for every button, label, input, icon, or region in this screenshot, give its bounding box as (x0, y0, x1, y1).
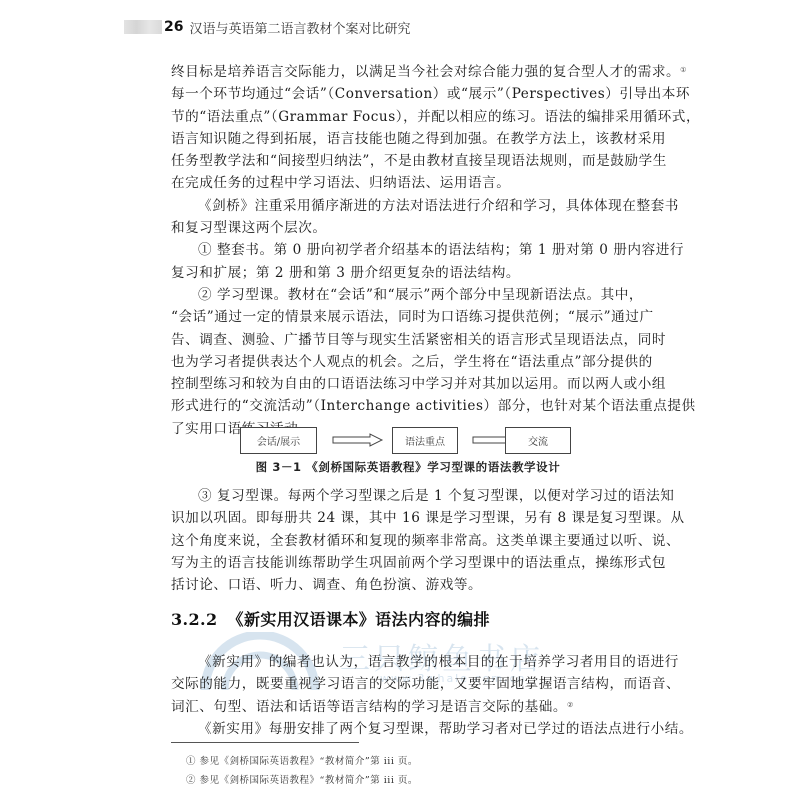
text-line: 告、调查、测验、广播节目等与现实生活紧密相关的语言形式呈现语法点，同时 (171, 329, 645, 351)
text-line: 也为学习者提供表达个人观点的机会。之后，学生将在“语法重点”部分提供的 (171, 351, 645, 373)
diagram-box-grammar-focus: 语法重点 (392, 427, 458, 454)
figure-3-1-diagram: 会话/展示 语法重点 交流 (240, 423, 570, 457)
figure-caption: 图 3－1 《剑桥国际英语教程》学习型课的语法教学设计 (228, 459, 588, 475)
footnote-divider (171, 742, 359, 743)
book-title: 汉语与英语第二语言教材个案对比研究 (189, 18, 410, 37)
page-number: 26 (164, 19, 183, 35)
text-line: 语言知识随之得到拓展，语言技能也随之得到加强。在教学方法上，该教材采用 (171, 128, 645, 150)
text-line: 在完成任务的过程中学习语法、归纳语法、运用语言。 (171, 172, 645, 194)
text-line: “会话”通过一定的情景来展示语法，同时为口语练习提供范例；“展示”通过广 (171, 306, 645, 328)
text-line: 交际的能力，既要重视学习语言的交际功能，又要牢固地掌握语言结构，而语音、 (171, 673, 645, 695)
text-line: 这个角度来说，全套教材循环和复现的频率非常高。这类单课主要通过以听、说、 (171, 530, 645, 552)
text-line: ① 整套书。第 0 册向初学者介绍基本的语法结构；第 1 册对第 0 册内容进行 (171, 239, 645, 261)
section-heading: 3.2.2《新实用汉语课本》语法内容的编排 (171, 607, 490, 630)
text-line: 括讨论、口语、听力、调查、角色扮演、游戏等。 (171, 574, 645, 596)
text-line: 终目标是培养语言交际能力，以满足当今社会对综合能力强的复合型人才的需求。① (171, 61, 645, 83)
footnotes: ① 参见《剑桥国际英语教程》“教材简介”第 iii 页。 ② 参见《剑桥国际英语… (186, 752, 418, 790)
text-line: 控制型练习和较为自由的口语语法练习中学习并对其加以运用。而以两人或小组 (171, 373, 645, 395)
text-line: 和复习型课这两个层次。 (171, 217, 645, 239)
text-line: 任务型教学法和“间接型归纳法”，不是由教材直接呈现语法规则，而是鼓励学生 (171, 150, 645, 172)
text-line: 节的“语法重点”（Grammar Focus），并配以相应的练习。语法的编排采用… (171, 106, 645, 128)
text-line: 形式进行的“交流活动”（Interchange activities）部分，也针… (171, 395, 645, 417)
footnote-1: ① 参见《剑桥国际英语教程》“教材简介”第 iii 页。 (186, 752, 418, 771)
text-line: 识加以巩固。即每册共 24 课，其中 16 课是学习型课，另有 8 课是复习型课… (171, 507, 645, 529)
text-line: 《新实用》的编者也认为，语言教学的根本目的在于培养学习者用目的语进行 (171, 651, 645, 673)
text-line: 词汇、句型、语法和话语等语言结构的学习是语言交际的基础。② (171, 696, 645, 718)
text-line: 《新实用》每册安排了两个复习型课，帮助学习者对已学过的语法点进行小结。 (171, 718, 645, 740)
footnote-marker[interactable]: ① (680, 66, 687, 74)
body-text-top: 终目标是培养语言交际能力，以满足当今社会对综合能力强的复合型人才的需求。① 每一… (171, 61, 645, 440)
running-head: 26 汉语与英语第二语言教材个案对比研究 (124, 16, 411, 38)
diagram-box-interchange: 交流 (505, 427, 571, 454)
text-line: ③ 复习型课。每两个学习型课之后是 1 个复习型课，以便对学习过的语法知 (171, 485, 645, 507)
section-number: 3.2.2 (171, 610, 218, 629)
text-line: ② 学习型课。教材在“会话”和“展示”两个部分中呈现新语法点。其中， (171, 284, 645, 306)
footnote-marker[interactable]: ② (567, 701, 574, 709)
footnote-2: ② 参见《剑桥国际英语教程》“教材简介”第 iii 页。 (186, 771, 418, 790)
text-line: 每一个环节均通过“会话”（Conversation）或“展示”（Perspect… (171, 83, 645, 105)
body-text-middle: ③ 复习型课。每两个学习型课之后是 1 个复习型课，以便对学习过的语法知 识加以… (171, 485, 645, 596)
text-line: 《剑桥》注重采用循序渐进的方法对语法进行介绍和学习，具体体现在整套书 (171, 195, 645, 217)
book-page: 26 汉语与英语第二语言教材个案对比研究 终目标是培养语言交际能力，以满足当今社… (0, 0, 800, 800)
body-text-bottom: 《新实用》的编者也认为，语言教学的根本目的在于培养学习者用目的语进行 交际的能力… (171, 651, 645, 740)
section-title: 《新实用汉语课本》语法内容的编排 (228, 610, 490, 629)
header-decoration (124, 20, 162, 34)
diagram-box-conversation: 会话/展示 (240, 427, 317, 454)
text-line: 复习和扩展；第 2 册和第 3 册介绍更复杂的语法结构。 (171, 262, 645, 284)
hollow-right-arrow-icon (332, 433, 384, 447)
text-line: 写为主的语言技能训练帮助学生巩固前两个学习型课中的语法重点，操练形式包 (171, 552, 645, 574)
